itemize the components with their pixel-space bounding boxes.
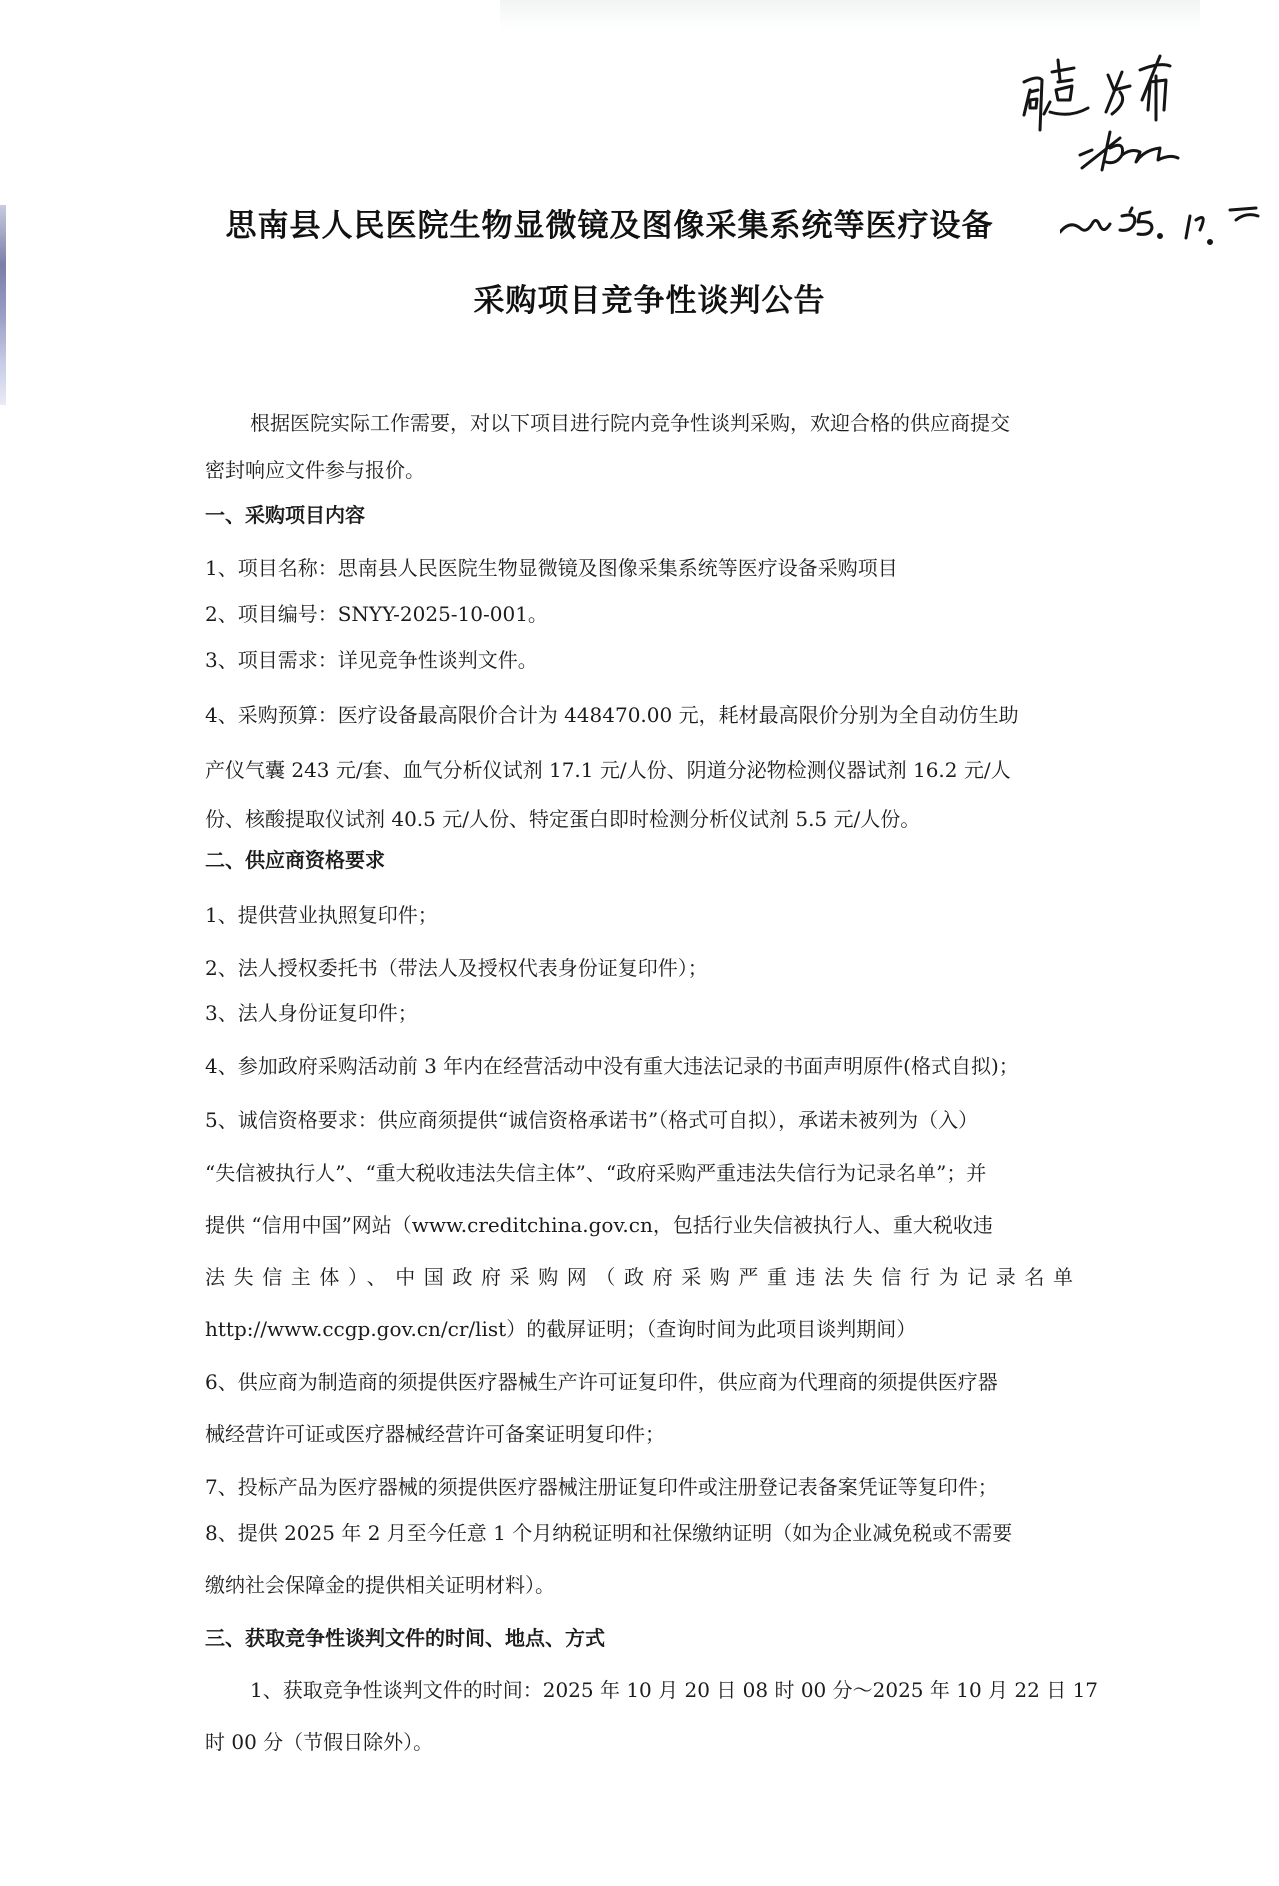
section-line: 2、项目编号：SNYY-2025-10-001。	[205, 601, 1095, 627]
section-heading: 二、供应商资格要求	[205, 847, 1095, 873]
section-line: 6、供应商为制造商的须提供医疗器械生产许可证复印件，供应商为代理商的须提供医疗器	[205, 1369, 1095, 1395]
section-line: 份、核酸提取仪试剂 40.5 元/人份、特定蛋白即时检测分析仪试剂 5.5 元/…	[205, 806, 1095, 832]
section-line: 8、提供 2025 年 2 月至今任意 1 个月纳税证明和社保缴纳证明（如为企业…	[205, 1520, 1095, 1546]
section-line: http://www.ccgp.gov.cn/cr/list）的截屏证明；（查询…	[205, 1316, 1095, 1342]
section-line: 3、法人身份证复印件；	[205, 1000, 1095, 1026]
document-title-line-1: 思南县人民医院生物显微镜及图像采集系统等医疗设备	[0, 200, 1249, 245]
section-heading: 一、采购项目内容	[205, 502, 1095, 528]
section-line: 7、投标产品为医疗器械的须提供医疗器械注册证复印件或注册登记表备案凭证等复印件；	[205, 1474, 1095, 1500]
section-line: 4、采购预算：医疗设备最高限价合计为 448470.00 元，耗材最高限价分别为…	[205, 702, 1095, 728]
intro-line: 密封响应文件参与报价。	[205, 457, 1095, 483]
section-line: 2、法人授权委托书（带法人及授权代表身份证复印件）；	[205, 955, 1095, 981]
section-line: 5、诚信资格要求：供应商须提供“诚信资格承诺书”（格式可自拟），承诺未被列为（入…	[205, 1107, 1095, 1133]
section-line: 1、提供营业执照复印件；	[205, 902, 1095, 928]
scanned-document-page: 思南县人民医院生物显微镜及图像采集系统等医疗设备 采购项目竞争性谈判公告 根据医…	[0, 0, 1279, 1886]
section-line: 缴纳社会保障金的提供相关证明材料）。	[205, 1572, 1095, 1598]
document-title-line-2: 采购项目竞争性谈判公告	[10, 275, 1279, 320]
section-line: 1、获取竞争性谈判文件的时间：2025 年 10 月 20 日 08 时 00 …	[250, 1677, 1140, 1703]
section-line: 产仪气囊 243 元/套、血气分析仪试剂 17.1 元/人份、阴道分泌物检测仪器…	[205, 757, 1095, 783]
handwritten-approval-signature	[1010, 20, 1240, 180]
section-line: 提供 “信用中国”网站（www.creditchina.gov.cn，包括行业失…	[205, 1212, 1095, 1238]
section-line: 械经营许可证或医疗器械经营许可备案证明复印件；	[205, 1421, 1095, 1447]
section-line: 3、项目需求：详见竞争性谈判文件。	[205, 647, 1095, 673]
section-heading: 三、获取竞争性谈判文件的时间、地点、方式	[205, 1625, 1095, 1651]
intro-line: 根据医院实际工作需要，对以下项目进行院内竞争性谈判采购，欢迎合格的供应商提交	[250, 410, 1140, 436]
section-line: 时 00 分（节假日除外）。	[205, 1729, 1095, 1755]
section-line: 1、项目名称：思南县人民医院生物显微镜及图像采集系统等医疗设备采购项目	[205, 555, 1095, 581]
section-line: 法失信主体）、中国政府采购网（政府采购严重违法失信行为记录名单	[205, 1264, 1095, 1290]
section-line: 4、参加政府采购活动前 3 年内在经营活动中没有重大违法记录的书面声明原件(格式…	[205, 1053, 1095, 1079]
section-line: “失信被执行人”、“重大税收违法失信主体”、“政府采购严重违法失信行为记录名单”…	[205, 1160, 1095, 1186]
